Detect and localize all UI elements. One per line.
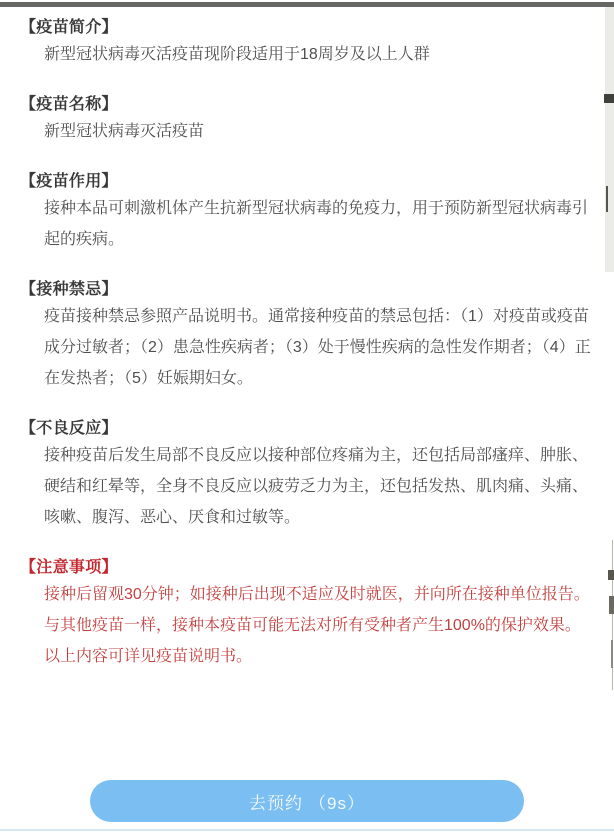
section-body-vaccine-name: 新型冠状病毒灭活疫苗 <box>44 116 592 147</box>
countdown-timer: （9s） <box>309 789 365 814</box>
section-body-vaccine-intro: 新型冠状病毒灭活疫苗现阶段适用于18周岁及以上人群 <box>44 39 592 70</box>
section-title-vaccine-intro: 【疫苗简介】 <box>20 17 596 39</box>
section-title-vaccine-name: 【疫苗名称】 <box>20 94 596 116</box>
section-vaccine-intro: 【疫苗简介】 新型冠状病毒灭活疫苗现阶段适用于18周岁及以上人群 <box>20 17 596 70</box>
photo-artifact-right-line-2 <box>611 640 613 668</box>
section-title-adverse-reactions: 【不良反应】 <box>20 418 596 440</box>
photo-artifact-right-dash-1 <box>604 94 614 103</box>
photo-artifact-right-strip <box>605 7 614 272</box>
section-body-precautions: 接种后留观30分钟；如接种后出现不适应及时就医，并向所在接种单位报告。与其他疫苗… <box>44 579 592 672</box>
section-body-adverse-reactions: 接种疫苗后发生局部不良反应以接种部位疼痛为主，还包括局部瘙痒、肿胀、硬结和红晕等… <box>44 440 592 533</box>
photo-artifact-right-dash-3 <box>609 596 614 614</box>
section-body-vaccine-effect: 接种本品可刺激机体产生抗新型冠状病毒的免疫力，用于预防新型冠状病毒引起的疾病。 <box>44 193 592 255</box>
section-title-precautions: 【注意事项】 <box>20 557 596 579</box>
section-vaccine-name: 【疫苗名称】 新型冠状病毒灭活疫苗 <box>20 94 596 147</box>
section-title-contraindications: 【接种禁忌】 <box>20 279 596 301</box>
section-contraindications: 【接种禁忌】 疫苗接种禁忌参照产品说明书。通常接种疫苗的禁忌包括：（1）对疫苗或… <box>20 279 596 394</box>
photo-artifact-right-line-1 <box>606 186 608 212</box>
section-vaccine-effect: 【疫苗作用】 接种本品可刺激机体产生抗新型冠状病毒的免疫力，用于预防新型冠状病毒… <box>20 171 596 255</box>
section-body-contraindications: 疫苗接种禁忌参照产品说明书。通常接种疫苗的禁忌包括：（1）对疫苗或疫苗成分过敏者… <box>44 301 592 394</box>
go-to-appointment-button[interactable]: 去预约 （9s） <box>90 780 524 822</box>
section-adverse-reactions: 【不良反应】 接种疫苗后发生局部不良反应以接种部位疼痛为主，还包括局部瘙痒、肿胀… <box>20 418 596 533</box>
section-title-vaccine-effect: 【疫苗作用】 <box>20 171 596 193</box>
photo-artifact-bottom-edge <box>0 829 614 831</box>
photo-artifact-right-dash-2 <box>608 570 614 580</box>
vaccine-info-content: 【疫苗简介】 新型冠状病毒灭活疫苗现阶段适用于18周岁及以上人群 【疫苗名称】 … <box>20 17 596 672</box>
photo-artifact-top-edge <box>0 2 614 7</box>
go-to-appointment-label: 去预约 <box>249 789 303 814</box>
section-precautions: 【注意事项】 接种后留观30分钟；如接种后出现不适应及时就医，并向所在接种单位报… <box>20 557 596 672</box>
